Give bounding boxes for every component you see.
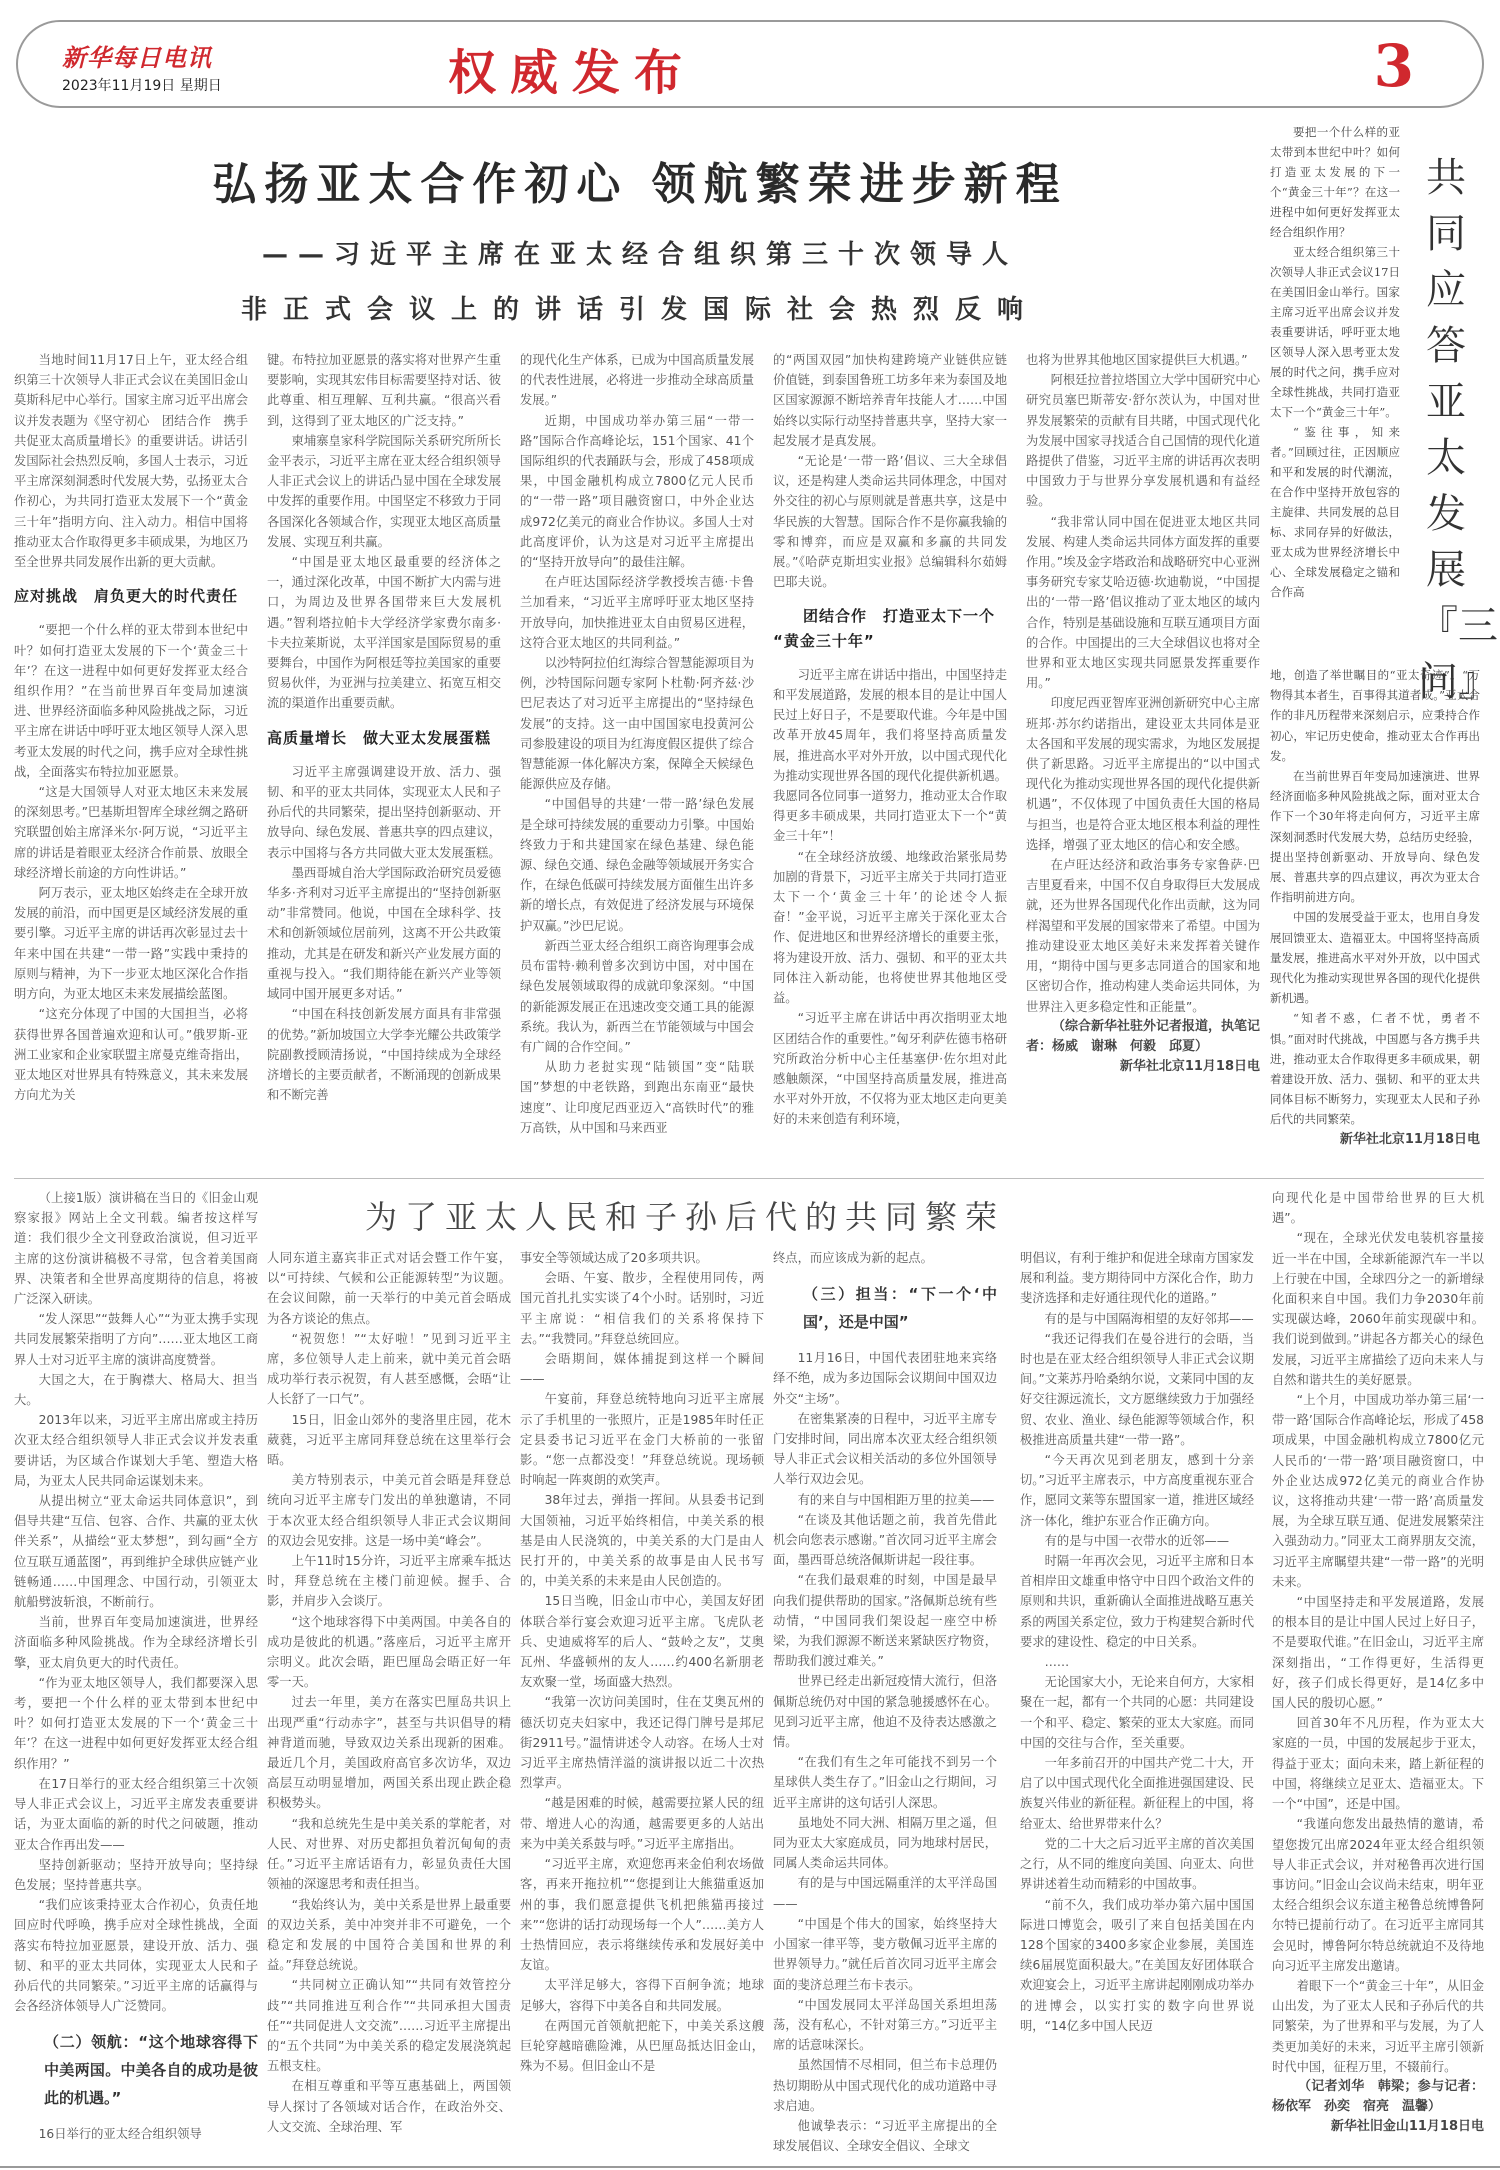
brand-block: 新华每日电讯 2023年11月19日 星期日: [62, 38, 222, 95]
ellipsis: ……: [1020, 1652, 1254, 1672]
section-title: 权威发布: [448, 34, 696, 103]
paragraph: “祝贺您！”“太好啦！”见到习近平主席，多位领导人走上前来，就中美元首会晤成功举…: [267, 1329, 511, 1410]
paragraph: 过去一年里，美方在落实巴厘岛共识上出现严重“行动赤字”，甚至与共识倡导的精神背道…: [267, 1692, 511, 1813]
paragraph: “这是大国领导人对亚太地区未来发展的深刻思考。”巴基斯坦智库全球丝绸之路研究联盟…: [14, 782, 248, 883]
paragraph: “我谨向您发出最热情的邀请，希望您拨冗出席2024年亚太经合组织领导人非正式会议…: [1272, 1814, 1484, 1976]
paragraph: 有的是与中国一衣带水的近邻——: [1020, 1531, 1254, 1551]
paragraph: “我第一次访问美国时，住在艾奥瓦州的德沃切克夫妇家中，我还记得门牌号是邦尼街29…: [520, 1692, 764, 1793]
story2-column-5: 明倡议，有利于维护和促进全球南方国家发展和利益。斐方期待同中方深化合作，助力斐济…: [1020, 1248, 1254, 2163]
paragraph: 虽然国情不尽相同，但兰布卡总理仍热切期盼从中国式现代化的成功道路中寻求启迪。: [773, 2055, 997, 2116]
paragraph: 新西兰亚太经合组织工商咨询理事会成员布雷特·赖利曾多次到访中国，对中国在绿色发展…: [520, 936, 754, 1057]
paragraph: 世界已经走出新冠疫情大流行，但洛佩斯总统仍对中国的紧急驰援感怀在心。见到习近平主…: [773, 1671, 997, 1752]
paragraph: 的现代化生产体系，已成为中国高质量发展的代表性进展，必将进一步推动全球高质量发展…: [520, 350, 754, 411]
paragraph: 16日举行的亚太经合组织领导: [14, 2124, 258, 2144]
paragraph: 午宴前，拜登总统特地向习近平主席展示了手机里的一张照片，正是1985年时任正定县…: [520, 1389, 764, 1490]
dateline: 新华社旧金山11月18日电: [1272, 2117, 1484, 2137]
paragraph: “我们应该秉持亚太合作初心，负责任地回应时代呼唤，携手应对全球性挑战，全面落实布…: [14, 1895, 258, 2016]
sidebar-narrow-text: 要把一个什么样的亚太带到本世纪中叶？如何打造亚太发展的下一个“黄金三十年”？在这…: [1270, 122, 1400, 602]
paragraph: “现在，全球光伏发电装机容量接近一半在中国，全球新能源汽车一半以上行驶在中国，全…: [1272, 1228, 1484, 1390]
paragraph: 柬埔寨皇家科学院国际关系研究所所长金平表示，习近平主席在亚太经合组织领导人非正式…: [267, 431, 501, 552]
paragraph: “知者不惑，仁者不忧，勇者不惧。”面对时代挑战，中国愿与各方携手共进，推动亚太合…: [1270, 1008, 1480, 1129]
paragraph: “中国坚持走和平发展道路，发展的根本目的是让中国人民过上好日子，不是要取代谁。”…: [1272, 1592, 1484, 1713]
story1-column-3: 的现代化生产体系，已成为中国高质量发展的代表性进展，必将进一步推动全球高质量发展…: [520, 350, 754, 1170]
paragraph: 在卢旺达国际经济学教授埃吉德·卡鲁兰加看来，“习近平主席呼吁亚太地区坚持开放导向…: [520, 572, 754, 653]
paragraph: “我和总统先生是中美关系的掌舵者，对人民、对世界、对历史都担负着沉甸甸的责任。”…: [267, 1814, 511, 1895]
paragraph: 15日，旧金山郊外的斐洛里庄园，花木葳蕤，习近平主席同拜登总统在这里举行会晤。: [267, 1410, 511, 1471]
story2-column-4: 终点，而应该成为新的起点。 （三）担当：“下一个‘中国’，还是中国” 11月16…: [773, 1248, 997, 2163]
paragraph: 2013年以来，习近平主席出席或主持历次亚太经合组织领导人非正式会议并发表重要讲…: [14, 1410, 258, 1491]
paragraph: 从助力老挝实现“陆锁国”变“陆联国”梦想的中老铁路，到跑出东南亚“最快速度”、让…: [520, 1057, 754, 1138]
subhead-line2: “黄金三十年”: [773, 631, 1007, 651]
story2-column-2: 人同东道主嘉宾非正式对话会暨工作午宴，以“可持续、气候和公正能源转型”为议题。在…: [267, 1248, 511, 2163]
byline: （综合新华社驻外记者报道，执笔记者：杨威 谢琳 何毅 邱夏）: [1026, 1017, 1260, 1057]
paragraph: 的“两国双园”加快构建跨境产业链供应链价值链，到泰国鲁班工坊多年来为泰国及地区国…: [773, 350, 1007, 451]
paragraph: 习近平主席强调建设开放、活力、强韧、和平的亚太共同体，实现亚太人民和子孙后代的共…: [267, 762, 501, 863]
brand-logo: 新华每日电讯: [62, 38, 222, 73]
paragraph: “这充分体现了中国的大国担当，必将获得世界各国普遍欢迎和认可。”俄罗斯-亚洲工业…: [14, 1004, 248, 1105]
paragraph: “我还记得我们在曼谷进行的会晤，当时也是在亚太经合组织领导人非正式会议期间。”文…: [1020, 1329, 1254, 1450]
paragraph: 一年多前召开的中国共产党二十大，开启了以中国式现代化全面推进强国建设、民族复兴伟…: [1020, 1753, 1254, 1834]
paragraph: （上接1版）演讲稿在当日的《旧金山观察家报》网站上全文刊载。编者按这样写道：我们…: [14, 1188, 258, 1309]
headline-sub1: ——习近平主席在亚太经合组织第三十次领导人: [40, 234, 1240, 271]
paragraph: 地，创造了举世瞩目的“亚太奇迹”。“万物得其本者生，百事得其道者成。”亚太合作的…: [1270, 665, 1480, 766]
paragraph: “共同树立正确认知”“共同有效管控分歧”“共同推进互利合作”“共同承担大国责任”…: [267, 1975, 511, 2076]
paragraph: 太平洋足够大，容得下百舸争流；地球足够大，容得下中美各自和共同发展。: [520, 1975, 764, 2015]
subhead: 高质量增长 做大亚太发展蛋糕: [267, 728, 501, 748]
paragraph: 坚持创新驱动；坚持开放导向；坚持绿色发展；坚持普惠共享。: [14, 1855, 258, 1895]
paragraph: 在17日举行的亚太经合组织第三十次领导人非正式会议上，习近平主席发表重要讲话，为…: [14, 1774, 258, 1855]
paragraph: “中国在科技创新发展方面具有非常强的优势。”新加坡国立大学李光耀公共政策学院副教…: [267, 1004, 501, 1105]
paragraph: 阿根廷拉普拉塔国立大学中国研究中心研究员塞巴斯蒂安·舒尔茨认为，中国对世界发展繁…: [1026, 370, 1260, 511]
paragraph: 明倡议，有利于维护和促进全球南方国家发展和利益。斐方期待同中方深化合作，助力斐济…: [1020, 1248, 1254, 1309]
story2-title: 为了亚太人民和子孙后代的共同繁荣: [280, 1192, 1090, 1238]
paragraph: 大国之大，在于胸襟大、格局大、担当大。: [14, 1370, 258, 1410]
headline: 弘扬亚太合作初心 领航繁荣进步新程 ——习近平主席在亚太经合组织第三十次领导人 …: [40, 148, 1240, 326]
headline-sub2: 非正式会议上的讲话引发国际社会热烈反响: [40, 289, 1240, 326]
paragraph: 上午11时15分许，习近平主席乘车抵达时，拜登总统在主楼门前迎候。握手、合影，并…: [267, 1551, 511, 1612]
paragraph: “要把一个什么样的亚太带到本世纪中叶？如何打造亚太发展的下一个‘黄金三十年’？在…: [14, 620, 248, 782]
paragraph: “中国倡导的共建‘一带一路’绿色发展是全球可持续发展的重要动力引擎。中国始终致力…: [520, 794, 754, 935]
dateline: 新华社北京11月18日电: [1270, 1130, 1480, 1150]
paragraph: “鉴往事，知来者。”回顾过往，正因顺应和平和发展的时代潮流，在合作中坚持开放包容…: [1270, 422, 1400, 602]
paragraph: 事安全等领域达成了20多项共识。: [520, 1248, 764, 1268]
paragraph: “上个月，中国成功举办第三届‘一带一路’国际合作高峰论坛，形成了458项成果，中…: [1272, 1390, 1484, 1592]
paragraph: “在我们最艰难的时刻，中国是最早向我们提供帮助的国家。”洛佩斯总统有些动情，“中…: [773, 1570, 997, 1671]
paragraph: 当地时间11月17日上午，亚太经合组织第三十次领导人非正式会议在美国旧金山莫斯科…: [14, 350, 248, 572]
paragraph: 也将为世界其他地区国家提供巨大机遇。”: [1026, 350, 1260, 370]
paragraph: 亚太经合组织第三十次领导人非正式会议17日在美国旧金山举行。国家主席习近平出席会…: [1270, 242, 1400, 422]
sidebar-wide-text: 地，创造了举世瞩目的“亚太奇迹”。“万物得其本者生，百事得其道者成。”亚太合作的…: [1270, 665, 1480, 1150]
paragraph: 当前，世界百年变局加速演进，世界经济面临多种风险挑战。作为全球经济增长引擎，亚太…: [14, 1612, 258, 1673]
paragraph: 11月16日，中国代表团驻地来宾络绎不绝，成为多边国际会议期间中国双边外交“主场…: [773, 1348, 997, 1409]
paragraph: 近期，中国成功举办第三届“一带一路”国际合作高峰论坛，151个国家、41个国际组…: [520, 411, 754, 573]
part-heading: （三）担当：“下一个‘中国’，还是中国”: [773, 1280, 997, 1336]
paragraph: “中国是个伟大的国家，始终坚持大小国家一律平等，斐方敬佩习近平主席的世界领导力。…: [773, 1914, 997, 1995]
story2-column-6: 向现代化是中国带给世界的巨大机遇”。 “现在，全球光伏发电装机容量接近一半在中国…: [1272, 1188, 1484, 2163]
paragraph: 美方特别表示，中美元首会晤是拜登总统向习近平主席专门发出的单独邀请，不同于本次亚…: [267, 1470, 511, 1551]
paragraph: 会晤、午宴、散步，全程使用同传，两国元首扎扎实实谈了4个小时。话别时，习近平主席…: [520, 1268, 764, 1349]
paragraph: “中国发展同太平洋岛国关系坦坦荡荡，没有私心，不针对第三方。”习近平主席的话意味…: [773, 1995, 997, 2056]
paragraph: 键。布特拉加亚愿景的落实将对世界产生重要影响，实现其宏伟目标需要坚持对话、彼此尊…: [267, 350, 501, 431]
paragraph: “我始终认为，美中关系是世界上最重要的双边关系，美中冲突并非不可避免，一个稳定和…: [267, 1895, 511, 1976]
paragraph: “我非常认同中国在促进亚太地区共同发展、构建人类命运共同体方面发挥的重要作用。”…: [1026, 512, 1260, 694]
paragraph: 墨西哥城自治大学国际政治研究员爱德华多·齐利对习近平主席提出的“坚持创新驱动”非…: [267, 863, 501, 1004]
page-bottom-rule: [0, 2166, 1500, 2168]
paragraph: “越是困难的时候，越需要拉紧人民的纽带、增进人心的沟通，越需要更多的人站出来为中…: [520, 1793, 764, 1854]
paragraph: 有的是与中国隔海相望的友好邻邦——: [1020, 1309, 1254, 1329]
paragraph: 在当前世界百年变局加速演进、世界经济面临多种风险挑战之际，面对亚太合作下一个30…: [1270, 766, 1480, 907]
byline: （记者刘华 韩梁；参与记者：杨依军 孙奕 宿亮 温馨）: [1272, 2077, 1484, 2117]
story1-column-5: 也将为世界其他地区国家提供巨大机遇。” 阿根廷拉普拉塔国立大学中国研究中心研究员…: [1026, 350, 1260, 1170]
story1-column-1: 当地时间11月17日上午，亚太经合组织第三十次领导人非正式会议在美国旧金山莫斯科…: [14, 350, 248, 1170]
paragraph: “无论是‘一带一路’倡议、三大全球倡议，还是构建人类命运共同体理念，中国对外交往…: [773, 451, 1007, 592]
paragraph: 时隔一年再次会见，习近平主席和日本首相岸田文雄重申恪守中日四个政治文件的原则和共…: [1020, 1551, 1254, 1652]
paragraph: “习近平主席，欢迎您再来金伯利农场做客，再来开拖拉机”“您提到让大熊猫重返加州的…: [520, 1854, 764, 1975]
headline-main: 弘扬亚太合作初心 领航繁荣进步新程: [40, 148, 1240, 212]
paragraph: “习近平主席在讲话中再次指明亚太地区团结合作的重要性。”匈牙利萨佐德韦格研究所政…: [773, 1008, 1007, 1129]
paragraph: 以沙特阿拉伯红海综合智慧能源项目为例，沙特国际问题专家阿卜杜勒·阿齐兹·沙巴尼表…: [520, 653, 754, 794]
paragraph: 无论国家大小，无论来自何方，大家相聚在一起，都有一个共同的心愿：共同建设一个和平…: [1020, 1672, 1254, 1753]
paragraph: 习近平主席在讲话中指出，中国坚持走和平发展道路，发展的根本目的是让中国人民过上好…: [773, 665, 1007, 847]
subhead: 应对挑战 肩负更大的时代责任: [14, 586, 248, 606]
paragraph: 38年过去，弹指一挥间。从县委书记到大国领袖，习近平始终相信，中美关系的根基是由…: [520, 1490, 764, 1591]
paragraph: “在谈及其他话题之前，我首先借此机会向您表示感谢。”首次同习近平主席会面，墨西哥…: [773, 1510, 997, 1571]
paragraph: “今天再次见到老朋友，感到十分亲切。”习近平主席表示，中方高度重视东亚合作，愿同…: [1020, 1450, 1254, 1531]
paragraph: “这个地球容得下中美两国。中美各自的成功是彼此的机遇。”落座后，习近平主席开宗明…: [267, 1612, 511, 1693]
paragraph: “在全球经济放缓、地缘政治紧张局势加剧的背景下，习近平主席关于共同打造亚太下一个…: [773, 847, 1007, 1009]
masthead: 新华每日电讯 2023年11月19日 星期日 权威发布 3: [16, 20, 1484, 108]
paragraph: “作为亚太地区领导人，我们都要深入思考，要把一个什么样的亚太带到本世纪中叶？如何…: [14, 1673, 258, 1774]
paragraph: 从提出树立“亚太命运共同体意识”，到倡导共建“互信、包容、合作、共赢的亚太伙伴关…: [14, 1491, 258, 1612]
paragraph: 会晤期间，媒体捕捉到这样一个瞬间——: [520, 1349, 764, 1389]
paragraph: “前不久，我们成功举办第六届中国国际进口博览会，吸引了来自包括美国在内128个国…: [1020, 1895, 1254, 2036]
paragraph: 15日当晚，旧金山市中心，美国友好团体联合举行宴会欢迎习近平主席。飞虎队老兵、史…: [520, 1591, 764, 1692]
paragraph: 阿万表示，亚太地区始终走在全球开放发展的前沿，而中国更是区域经济发展的重要引擎。…: [14, 883, 248, 1004]
paragraph: 在两国元首领航把舵下，中美关系这艘巨轮穿越暗礁险滩，从巴厘岛抵达旧金山，殊为不易…: [520, 2016, 764, 2077]
subhead-line1: 团结合作 打造亚太下一个: [773, 606, 1007, 626]
story2-column-1: （上接1版）演讲稿在当日的《旧金山观察家报》网站上全文刊载。编者按这样写道：我们…: [14, 1188, 258, 2163]
paragraph: 中国的发展受益于亚太，也用自身发展回馈亚太、造福亚太。中国将坚持高质量发展，推进…: [1270, 907, 1480, 1008]
story2-column-3: 事安全等领域达成了20多项共识。 会晤、午宴、散步，全程使用同传，两国元首扎扎实…: [520, 1248, 764, 2163]
paragraph: 终点，而应该成为新的起点。: [773, 1248, 997, 1268]
paragraph: 向现代化是中国带给世界的巨大机遇”。: [1272, 1188, 1484, 1228]
paragraph: 有的来自与中国相距万里的拉美——: [773, 1490, 997, 1510]
paragraph: 着眼下一个“黄金三十年”，从旧金山出发，为了亚太人民和子孙后代的共同繁荣，为了世…: [1272, 1976, 1484, 2077]
paragraph: 在密集紧凑的日程中，习近平主席专门安排时间，同出席本次亚太经合组织领导人非正式会…: [773, 1409, 997, 1490]
part-heading: （二）领航：“这个地球容得下中美两国。中美各自的成功是彼此的机遇。”: [14, 2028, 258, 2112]
story1-column-4: 的“两国双园”加快构建跨境产业链供应链价值链，到泰国鲁班工坊多年来为泰国及地区国…: [773, 350, 1007, 1170]
paragraph: 在相互尊重和平等互惠基础上，两国领导人探讨了各领域对话合作，在政治外交、人文交流…: [267, 2076, 511, 2137]
paragraph: 人同东道主嘉宾非正式对话会暨工作午宴，以“可持续、气候和公正能源转型”为议题。在…: [267, 1248, 511, 1329]
paragraph: 在卢旺达经济和政治事务专家鲁萨·巴吉里夏看来，中国不仅自身取得巨大发展成就，还为…: [1026, 855, 1260, 1017]
paragraph: “发人深思”“鼓舞人心”“为亚太携手实现共同发展繁荣指明了方向”……亚太地区工商…: [14, 1309, 258, 1370]
page-number: 3: [1374, 32, 1414, 100]
paragraph: 他诚挚表示：“习近平主席提出的全球发展倡议、全球安全倡议、全球文: [773, 2116, 997, 2156]
paragraph: “中国是亚太地区最重要的经济体之一，通过深化改革，中国不断扩大内需与进口，为周边…: [267, 552, 501, 714]
paragraph: “在我们有生之年可能找不到另一个星球供人类生存了。”旧金山之行期间，习近平主席讲…: [773, 1752, 997, 1813]
paragraph: 有的是与中国远隔重洋的太平洋岛国——: [773, 1873, 997, 1913]
paragraph: 虽地处不同大洲、相隔万里之遥，但同为亚太大家庭成员，同为地球村居民，同属人类命运…: [773, 1813, 997, 1874]
dateline: 新华社北京11月18日电: [1026, 1057, 1260, 1077]
paragraph: 回首30年不凡历程，作为亚太大家庭的一员，中国的发展起步于亚太，得益于亚太；面向…: [1272, 1713, 1484, 1814]
paragraph: 党的二十大之后习近平主席的首次美国之行，从不同的维度向美国、向亚太、向世界讲述着…: [1020, 1834, 1254, 1895]
paragraph: 印度尼西亚智库亚洲创新研究中心主席班邦·苏尔约诺指出，建设亚太共同体是亚太各国和…: [1026, 693, 1260, 855]
story1-column-2: 键。布特拉加亚愿景的落实将对世界产生重要影响，实现其宏伟目标需要坚持对话、彼此尊…: [267, 350, 501, 1170]
issue-date: 2023年11月19日 星期日: [62, 75, 222, 95]
paragraph: 要把一个什么样的亚太带到本世纪中叶？如何打造亚太发展的下一个“黄金三十年”？在这…: [1270, 122, 1400, 242]
section-divider: [14, 1178, 1484, 1179]
sidebar-title: 共同应答亚太发展『三问』: [1418, 150, 1474, 710]
